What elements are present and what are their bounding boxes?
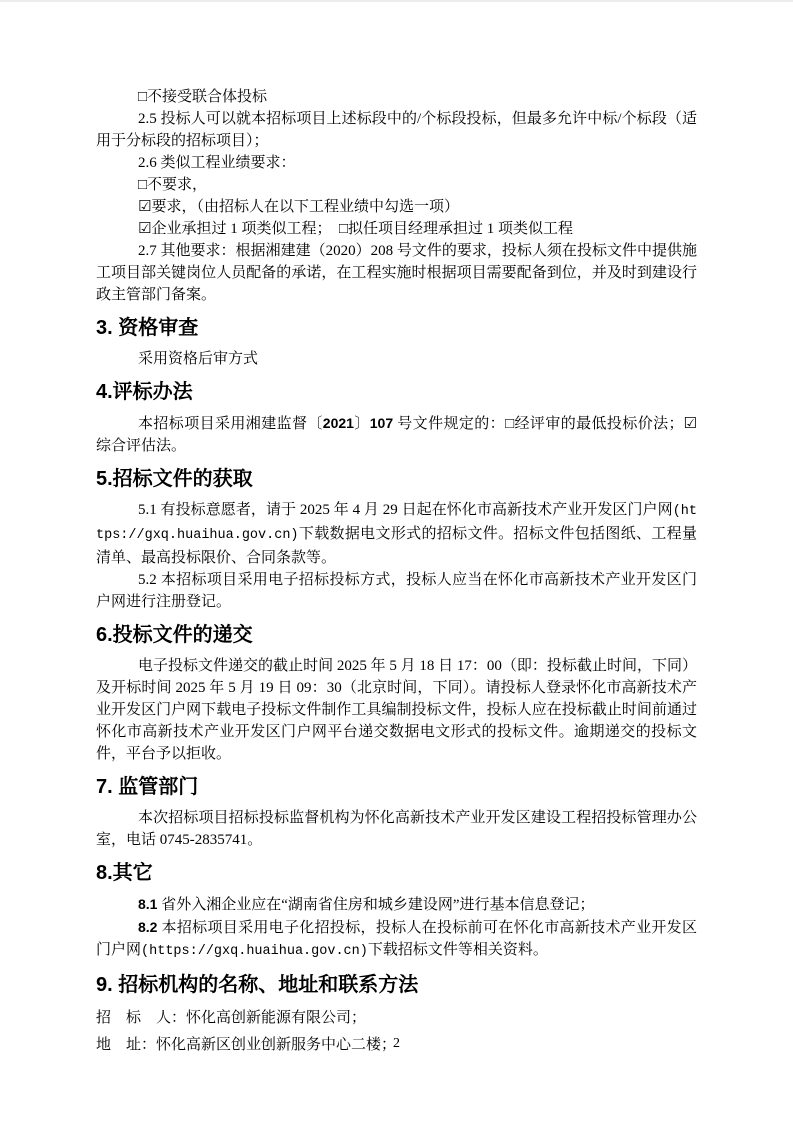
heading-8-other: 8.其它 [96,860,697,886]
clause-2-6: 2.6 类似工程业绩要求： [96,152,697,174]
para-8-2: 8.2 本招标项目采用电子化招投标，投标人在投标前可在怀化市高新技术产业开发区门… [96,916,697,963]
option-similar-project-performance: ☑企业承担过 1 项类似工程； □拟任项目经理承担过 1 项类似工程 [96,218,697,240]
heading-9-agency-contact: 9. 招标机构的名称、地址和联系方法 [96,972,697,998]
line-tenderer: 招 标 人：怀化高创新能源有限公司； [96,1005,697,1032]
heading-5-obtain-documents: 5.招标文件的获取 [96,466,697,492]
option-no-requirement: □不要求， [96,174,697,196]
para-6-submission: 电子投标文件递交的截止时间 2025 年 5 月 18 日 17：00（即：投标… [96,655,697,765]
para-5-1: 5.1 有投标意愿者，请于 2025 年 4 月 29 日起在怀化市高新技术产业… [96,499,697,569]
clause-no-joint-bid: □不接受联合体投标 [96,86,697,108]
para-evaluation-method: 本招标项目采用湘建监督〔2021〕107 号文件规定的：□经评审的最低投标价法；… [96,412,697,457]
clause-2-7: 2.7 其他要求：根据湘建建（2020）208 号文件的要求，投标人须在投标文件… [96,240,697,306]
heading-7-supervision-department: 7. 监管部门 [96,774,697,800]
document-page: □不接受联合体投标 2.5 投标人可以就本招标项目上述标段中的/个标段投标，但最… [0,0,793,1124]
para-qualification-method: 采用资格后审方式 [96,348,697,370]
heading-4-evaluation-method: 4.评标办法 [96,379,697,405]
page-number: 2 [0,1036,793,1052]
option-requirement: ☑要求，（由招标人在以下工程业绩中勾选一项） [96,196,697,218]
para-7-supervision: 本次招标项目招标投标监督机构为怀化高新技术产业开发区建设工程招投标管理办公室，电… [96,807,697,851]
document-content: □不接受联合体投标 2.5 投标人可以就本招标项目上述标段中的/个标段投标，但最… [96,86,697,1059]
para-5-2: 5.2 本招标项目采用电子招标投标方式，投标人应当在怀化市高新技术产业开发区门户… [96,569,697,613]
para-8-1: 8.1 省外入湘企业应在“湖南省住房和城乡建设网”进行基本信息登记； [96,893,697,916]
heading-6-bid-submission: 6.投标文件的递交 [96,622,697,648]
clause-2-5: 2.5 投标人可以就本招标项目上述标段中的/个标段投标，但最多允许中标/个标段（… [96,108,697,152]
heading-3-qualification-review: 3. 资格审查 [96,315,697,341]
